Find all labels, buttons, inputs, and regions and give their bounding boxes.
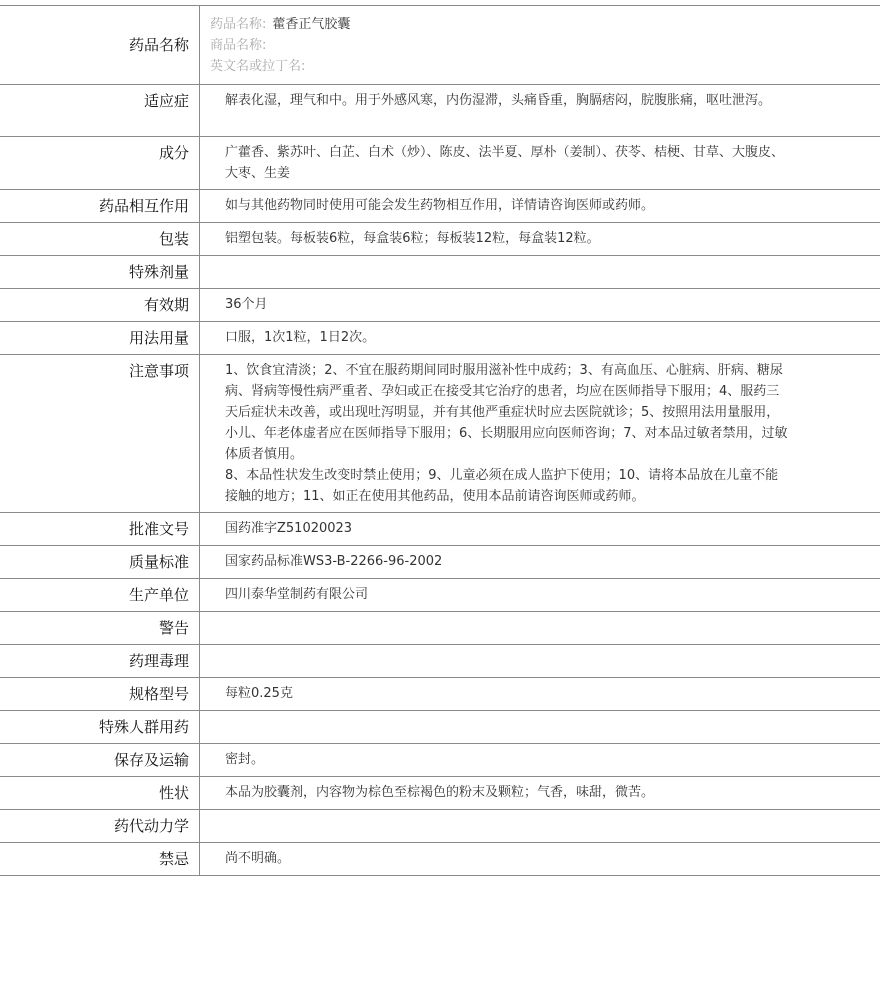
- value-text: 每粒0.25克: [200, 678, 880, 709]
- row-value: 国药准字Z51020023: [200, 513, 880, 546]
- row-manufacturer: 生产单位 四川泰华堂制药有限公司: [0, 579, 880, 612]
- label-text: 生产单位: [0, 579, 189, 611]
- row-value: 每粒0.25克: [200, 678, 880, 711]
- trade-name-key: 商品名称:: [210, 38, 266, 53]
- row-label: 保存及运输: [0, 744, 200, 777]
- drug-spec-table: 药品名称 药品名称:藿香正气胶囊 商品名称: 英文名或拉丁名: 适应症 解表化湿…: [0, 5, 880, 876]
- row-interactions: 药品相互作用 如与其他药物同时使用可能会发生药物相互作用，详情请咨询医师或药师。: [0, 190, 880, 223]
- value-text-part-2: 8、本品性状发生改变时禁止使用；9、儿童必须在成人监护下使用；10、请将本品放在…: [200, 465, 880, 512]
- row-label: 包装: [0, 223, 200, 256]
- row-value: 尚不明确。: [200, 843, 880, 876]
- row-shelf-life: 有效期 36个月: [0, 289, 880, 322]
- label-text: 药理毒理: [0, 645, 189, 677]
- label-text: 警告: [0, 612, 189, 644]
- row-label: 注意事项: [0, 355, 200, 513]
- trade-name-line: 商品名称:: [210, 35, 870, 56]
- value-text: [200, 612, 880, 622]
- generic-name-line: 药品名称:藿香正气胶囊: [210, 14, 870, 35]
- value-text: 国家药品标准WS3-B-2266-96-2002: [200, 546, 880, 577]
- label-text: 保存及运输: [0, 744, 189, 776]
- row-label: 生产单位: [0, 579, 200, 612]
- value-text: 36个月: [200, 289, 880, 320]
- row-label: 禁忌: [0, 843, 200, 876]
- label-text: 注意事项: [0, 355, 189, 387]
- label-text: 批准文号: [0, 513, 189, 545]
- row-label: 特殊人群用药: [0, 711, 200, 744]
- value-text: [200, 256, 880, 266]
- row-pharmacokinetics: 药代动力学: [0, 810, 880, 843]
- row-value: 密封。: [200, 744, 880, 777]
- row-ingredients: 成分 广藿香、紫苏叶、白芷、白术（炒）、陈皮、法半夏、厚朴（姜制）、茯苓、桔梗、…: [0, 137, 880, 190]
- row-label: 用法用量: [0, 322, 200, 355]
- value-text: 铝塑包装。每板装6粒，每盒装6粒；每板装12粒，每盒装12粒。: [200, 223, 880, 254]
- label-text: 禁忌: [0, 843, 189, 875]
- generic-name-value: 藿香正气胶囊: [272, 17, 350, 32]
- row-quality-standard: 质量标准 国家药品标准WS3-B-2266-96-2002: [0, 546, 880, 579]
- label-text: 质量标准: [0, 546, 189, 578]
- row-label: 有效期: [0, 289, 200, 322]
- value-text: 密封。: [200, 744, 880, 775]
- row-label: 特殊剂量: [0, 256, 200, 289]
- row-label: 成分: [0, 137, 200, 190]
- row-label: 药品相互作用: [0, 190, 200, 223]
- value-text: 四川泰华堂制药有限公司: [200, 579, 880, 610]
- row-drug-name: 药品名称 药品名称:藿香正气胶囊 商品名称: 英文名或拉丁名:: [0, 6, 880, 85]
- value-text: 解表化湿，理气和中。用于外感风寒，内伤湿滞，头痛昏重，胸膈痞闷，脘腹胀痛，呕吐泄…: [200, 85, 880, 116]
- row-value: [200, 810, 880, 843]
- label-text: 特殊剂量: [0, 256, 189, 288]
- value-text: 尚不明确。: [200, 843, 880, 874]
- row-value: 药品名称:藿香正气胶囊 商品名称: 英文名或拉丁名:: [200, 6, 880, 85]
- value-text: 口服，1次1粒，1日2次。: [200, 322, 880, 353]
- label-text: 包装: [0, 223, 189, 255]
- label-text: 成分: [0, 137, 189, 169]
- label-text: 适应症: [0, 85, 189, 117]
- generic-name-key: 药品名称:: [210, 17, 266, 32]
- label-text: 药品名称: [0, 6, 189, 84]
- value-text: 本品为胶囊剂，内容物为棕色至棕褐色的粉末及颗粒；气香，味甜，微苦。: [200, 777, 880, 808]
- row-value: 铝塑包装。每板装6粒，每盒装6粒；每板装12粒，每盒装12粒。: [200, 223, 880, 256]
- row-label: 规格型号: [0, 678, 200, 711]
- label-text: 规格型号: [0, 678, 189, 710]
- row-label: 药理毒理: [0, 645, 200, 678]
- value-text: 如与其他药物同时使用可能会发生药物相互作用，详情请咨询医师或药师。: [200, 190, 880, 221]
- row-value: [200, 612, 880, 645]
- row-label: 适应症: [0, 85, 200, 137]
- row-value: [200, 645, 880, 678]
- row-value: [200, 711, 880, 744]
- row-value: [200, 256, 880, 289]
- row-label: 药代动力学: [0, 810, 200, 843]
- row-value: 广藿香、紫苏叶、白芷、白术（炒）、陈皮、法半夏、厚朴（姜制）、茯苓、桔梗、甘草、…: [200, 137, 880, 190]
- row-indications: 适应症 解表化湿，理气和中。用于外感风寒，内伤湿滞，头痛昏重，胸膈痞闷，脘腹胀痛…: [0, 85, 880, 137]
- row-specification: 规格型号 每粒0.25克: [0, 678, 880, 711]
- row-label: 质量标准: [0, 546, 200, 579]
- row-usage-dosage: 用法用量 口服，1次1粒，1日2次。: [0, 322, 880, 355]
- row-value: 口服，1次1粒，1日2次。: [200, 322, 880, 355]
- row-value: 36个月: [200, 289, 880, 322]
- row-approval-number: 批准文号 国药准字Z51020023: [0, 513, 880, 546]
- row-storage-transport: 保存及运输 密封。: [0, 744, 880, 777]
- row-label: 警告: [0, 612, 200, 645]
- row-value: 四川泰华堂制药有限公司: [200, 579, 880, 612]
- label-text: 用法用量: [0, 322, 189, 354]
- value-text: [200, 645, 880, 655]
- row-value: 本品为胶囊剂，内容物为棕色至棕褐色的粉末及颗粒；气香，味甜，微苦。: [200, 777, 880, 810]
- value-text-part-1: 1、饮食宜清淡；2、不宜在服药期间同时服用滋补性中成药；3、有高血压、心脏病、肝…: [200, 355, 880, 465]
- value-text: 国药准字Z51020023: [200, 513, 880, 544]
- row-precautions: 注意事项 1、饮食宜清淡；2、不宜在服药期间同时服用滋补性中成药；3、有高血压、…: [0, 355, 880, 513]
- value-text: [200, 711, 880, 721]
- label-text: 药代动力学: [0, 810, 189, 842]
- row-label: 批准文号: [0, 513, 200, 546]
- row-special-populations: 特殊人群用药: [0, 711, 880, 744]
- label-text: 特殊人群用药: [0, 711, 189, 743]
- row-value: 国家药品标准WS3-B-2266-96-2002: [200, 546, 880, 579]
- row-pharmacology-toxicology: 药理毒理: [0, 645, 880, 678]
- row-value: 解表化湿，理气和中。用于外感风寒，内伤湿滞，头痛昏重，胸膈痞闷，脘腹胀痛，呕吐泄…: [200, 85, 880, 137]
- row-value: 如与其他药物同时使用可能会发生药物相互作用，详情请咨询医师或药师。: [200, 190, 880, 223]
- english-name-line: 英文名或拉丁名:: [210, 56, 870, 77]
- row-packaging: 包装 铝塑包装。每板装6粒，每盒装6粒；每板装12粒，每盒装12粒。: [0, 223, 880, 256]
- row-warning: 警告: [0, 612, 880, 645]
- label-text: 有效期: [0, 289, 189, 321]
- row-label: 性状: [0, 777, 200, 810]
- label-text: 性状: [0, 777, 189, 809]
- value-text: 广藿香、紫苏叶、白芷、白术（炒）、陈皮、法半夏、厚朴（姜制）、茯苓、桔梗、甘草、…: [200, 137, 880, 189]
- english-name-key: 英文名或拉丁名:: [210, 59, 305, 74]
- row-contraindications: 禁忌 尚不明确。: [0, 843, 880, 876]
- row-value: 1、饮食宜清淡；2、不宜在服药期间同时服用滋补性中成药；3、有高血压、心脏病、肝…: [200, 355, 880, 513]
- row-special-dosage: 特殊剂量: [0, 256, 880, 289]
- value-text: [200, 810, 880, 820]
- row-description: 性状 本品为胶囊剂，内容物为棕色至棕褐色的粉末及颗粒；气香，味甜，微苦。: [0, 777, 880, 810]
- row-label: 药品名称: [0, 6, 200, 85]
- label-text: 药品相互作用: [0, 190, 189, 222]
